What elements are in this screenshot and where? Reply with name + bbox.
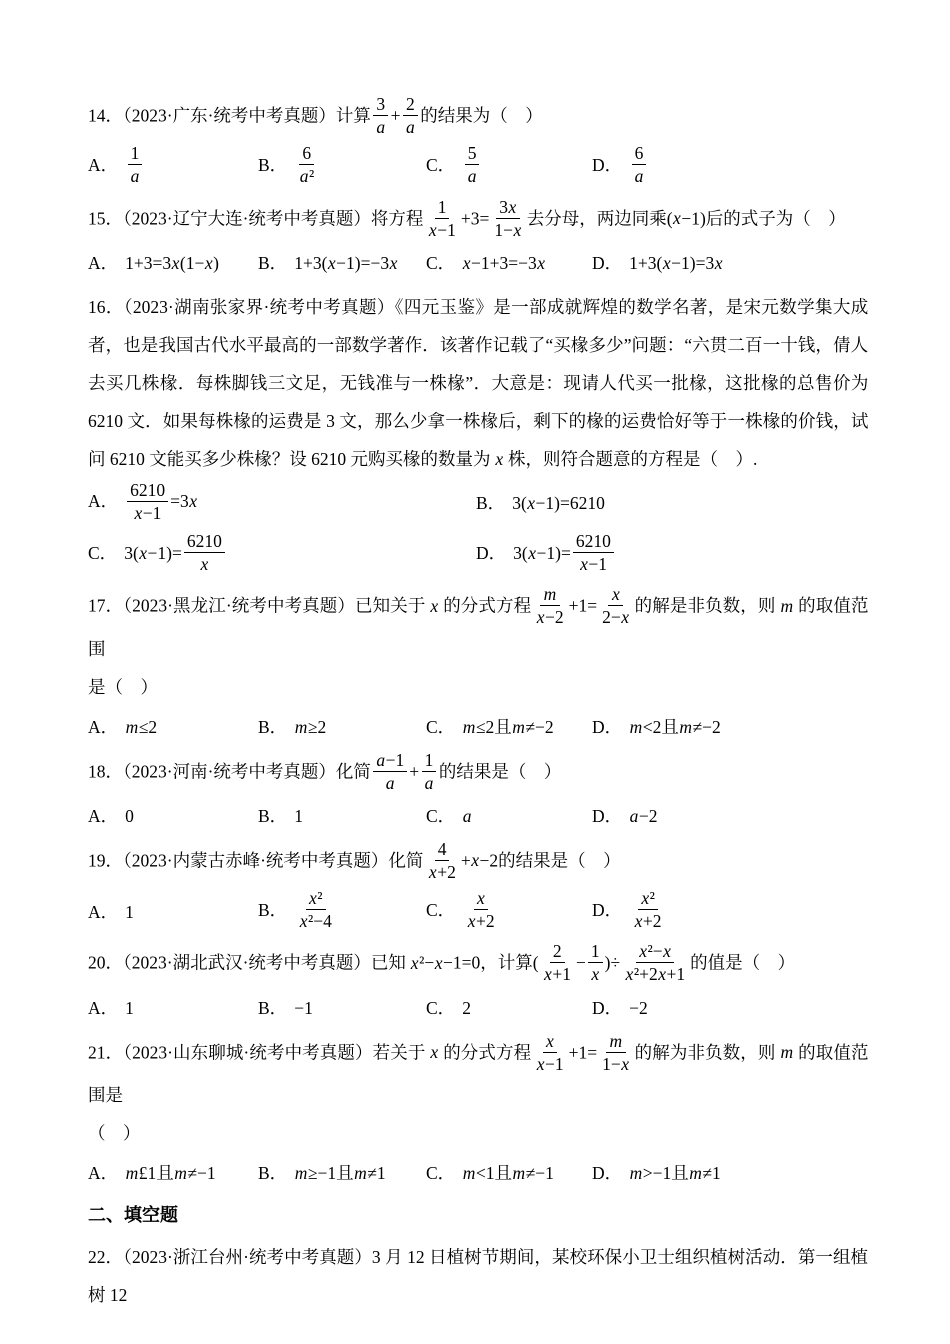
option-value: m≥−1且m≠1 (294, 1163, 385, 1183)
option-value: m>−1且m≠1 (629, 1163, 721, 1183)
question-14-option-a: A．1a (88, 145, 258, 188)
question-21: 21．（2023·山东聊城·统考中考真题）若关于 x 的分式方程xx−1+1=m… (88, 1033, 868, 1188)
question-15-option-c: C．x−1+3=−3x (426, 248, 592, 278)
option-label: B． (258, 717, 287, 737)
question-16: 16．（2023·湖南张家界·统考中考真题）《四元玉鉴》是一部成就辉煌的数学名著… (88, 288, 868, 577)
option-label: B． (476, 493, 505, 513)
option-value: 1+3=3x(1−x) (125, 253, 219, 273)
option-value: 1 (125, 998, 134, 1018)
option-label: D． (592, 717, 622, 737)
question-14-option-b: B．6a² (258, 145, 426, 188)
option-label: A． (88, 155, 118, 175)
question-21-option-d: D．m>−1且m≠1 (592, 1158, 868, 1188)
option-label: A． (88, 902, 118, 922)
option-value: 5a (462, 155, 482, 175)
question-17-option-a: A．m≤2 (88, 712, 258, 742)
question-19-option-c: C．xx+2 (426, 890, 592, 933)
question-21-options: A．m£1且m≠−1 B．m≥−1且m≠1 C．m<1且m≠−1 D．m>−1且… (88, 1158, 868, 1188)
option-value: 0 (125, 806, 134, 826)
question-18-option-a: A．0 (88, 801, 258, 831)
question-14-option-d: D．6a (592, 145, 868, 188)
question-14-option-c: C．5a (426, 145, 592, 188)
option-value: 1 (294, 806, 303, 826)
question-19-stem: 19．（2023·内蒙古赤峰·统考中考真题）化简4x+2+x−2的结果是（ ） (88, 841, 868, 884)
question-16-option-a: A．6210x−1=3x (88, 482, 476, 525)
option-value: m<2且m≠−2 (629, 717, 721, 737)
question-21-option-b: B．m≥−1且m≠1 (258, 1158, 426, 1188)
option-label: B． (258, 998, 287, 1018)
question-21-stem-line2: （ ） (88, 1114, 868, 1152)
question-22-stem: 22．（2023·浙江台州·统考中考真题）3 月 12 日植树节期间，某校环保小… (88, 1238, 868, 1314)
question-17-stem: 17．（2023·黑龙江·统考中考真题）已知关于 x 的分式方程mx−2+1=x… (88, 586, 868, 667)
option-value: 3(x−1)=6210 (512, 493, 605, 513)
option-value: xx+2 (462, 900, 499, 920)
option-value: 1a (125, 155, 145, 175)
question-17-stem-line2: 是（ ） (88, 668, 868, 706)
option-value: m≤2且m≠−2 (462, 717, 553, 737)
option-value: m≤2 (125, 717, 157, 737)
option-label: C． (426, 1163, 455, 1183)
question-20-option-c: C．2 (426, 993, 592, 1023)
question-20-stem: 20．（2023·湖北武汉·统考中考真题）已知 x²−x−1=0，计算(2x+1… (88, 943, 868, 986)
option-label: B． (258, 253, 287, 273)
option-value: 1 (125, 902, 134, 922)
question-17-option-d: D．m<2且m≠−2 (592, 712, 868, 742)
option-label: B． (258, 155, 287, 175)
option-value: −1 (294, 998, 313, 1018)
question-19-option-a: A．1 (88, 897, 258, 927)
question-15-option-a: A．1+3=3x(1−x) (88, 248, 258, 278)
option-label: C． (426, 717, 455, 737)
option-value: 3(x−1)=6210x−1 (513, 543, 616, 563)
option-value: 1+3(x−1)=−3x (294, 253, 398, 273)
question-19-option-b: B．x²x²−4 (258, 890, 426, 933)
option-value: 1+3(x−1)=3x (629, 253, 723, 273)
option-value: 6a (629, 155, 649, 175)
question-20-option-a: A．1 (88, 993, 258, 1023)
question-16-stem: 16．（2023·湖南张家界·统考中考真题）《四元玉鉴》是一部成就辉煌的数学名著… (88, 288, 868, 478)
option-value: m£1且m≠−1 (125, 1163, 216, 1183)
option-label: D． (476, 543, 506, 563)
question-17: 17．（2023·黑龙江·统考中考真题）已知关于 x 的分式方程mx−2+1=x… (88, 586, 868, 741)
question-15-stem: 15．（2023·辽宁大连·统考中考真题）将方程1x−1+3=3x1−x去分母，… (88, 199, 868, 242)
option-label: C． (88, 543, 117, 563)
option-label: C． (426, 900, 455, 920)
question-20-option-d: D．−2 (592, 993, 868, 1023)
option-value: m≥2 (294, 717, 326, 737)
question-14: 14．（2023·广东·统考中考真题）计算3a+2a的结果为（ ） A．1a B… (88, 96, 868, 189)
exam-document-page: 14．（2023·广东·统考中考真题）计算3a+2a的结果为（ ） A．1a B… (0, 0, 950, 1314)
question-19-options: A．1 B．x²x²−4 C．xx+2 D．x²x+2 (88, 890, 868, 933)
option-value: x²x+2 (629, 900, 666, 920)
option-label: C． (426, 253, 455, 273)
option-label: B． (258, 900, 287, 920)
option-label: D． (592, 900, 622, 920)
question-21-option-c: C．m<1且m≠−1 (426, 1158, 592, 1188)
option-value: m<1且m≠−1 (462, 1163, 554, 1183)
question-18-options: A．0 B．1 C．a D．a−2 (88, 801, 868, 831)
option-label: A． (88, 806, 118, 826)
option-label: A． (88, 1163, 118, 1183)
option-value: 6a² (294, 155, 319, 175)
question-21-stem: 21．（2023·山东聊城·统考中考真题）若关于 x 的分式方程xx−1+1=m… (88, 1033, 868, 1114)
question-20-options: A．1 B．−1 C．2 D．−2 (88, 993, 868, 1023)
question-16-option-b: B．3(x−1)=6210 (476, 488, 868, 518)
question-18-option-c: C．a (426, 801, 592, 831)
question-19: 19．（2023·内蒙古赤峰·统考中考真题）化简4x+2+x−2的结果是（ ） … (88, 841, 868, 934)
option-value: −2 (629, 998, 648, 1018)
question-18: 18．（2023·河南·统考中考真题）化简a−1a+1a的结果是（ ） A．0 … (88, 752, 868, 831)
question-17-options: A．m≤2 B．m≥2 C．m≤2且m≠−2 D．m<2且m≠−2 (88, 712, 868, 742)
option-label: B． (258, 1163, 287, 1183)
option-label: B． (258, 806, 287, 826)
question-22: 22．（2023·浙江台州·统考中考真题）3 月 12 日植树节期间，某校环保小… (88, 1238, 868, 1314)
question-14-stem: 14．（2023·广东·统考中考真题）计算3a+2a的结果为（ ） (88, 96, 868, 139)
option-label: D． (592, 1163, 622, 1183)
question-15: 15．（2023·辽宁大连·统考中考真题）将方程1x−1+3=3x1−x去分母，… (88, 199, 868, 278)
question-19-option-d: D．x²x+2 (592, 890, 868, 933)
question-18-option-b: B．1 (258, 801, 426, 831)
question-20: 20．（2023·湖北武汉·统考中考真题）已知 x²−x−1=0，计算(2x+1… (88, 943, 868, 1022)
option-label: C． (426, 155, 455, 175)
option-label: A． (88, 253, 118, 273)
question-17-option-b: B．m≥2 (258, 712, 426, 742)
option-label: D． (592, 253, 622, 273)
option-value: 2 (462, 998, 471, 1018)
option-label: A． (88, 491, 118, 511)
option-label: C． (426, 998, 455, 1018)
question-14-options: A．1a B．6a² C．5a D．6a (88, 145, 868, 188)
option-value: x²x²−4 (294, 900, 337, 920)
question-16-option-c: C．3(x−1)=6210x (88, 533, 476, 576)
option-label: D． (592, 806, 622, 826)
option-value: x−1+3=−3x (462, 253, 545, 273)
option-value: a−2 (629, 806, 657, 826)
section-heading-fill-in: 二、填空题 (88, 1202, 868, 1228)
option-value: 6210x−1=3x (125, 491, 197, 511)
question-15-options: A．1+3=3x(1−x) B．1+3(x−1)=−3x C．x−1+3=−3x… (88, 248, 868, 278)
question-21-option-a: A．m£1且m≠−1 (88, 1158, 258, 1188)
option-label: A． (88, 998, 118, 1018)
question-17-option-c: C．m≤2且m≠−2 (426, 712, 592, 742)
question-20-option-b: B．−1 (258, 993, 426, 1023)
option-value: a (462, 806, 472, 826)
question-15-option-d: D．1+3(x−1)=3x (592, 248, 868, 278)
question-18-stem: 18．（2023·河南·统考中考真题）化简a−1a+1a的结果是（ ） (88, 752, 868, 795)
question-15-option-b: B．1+3(x−1)=−3x (258, 248, 426, 278)
question-18-option-d: D．a−2 (592, 801, 868, 831)
option-label: D． (592, 155, 622, 175)
option-value: 3(x−1)=6210x (124, 543, 227, 563)
option-label: C． (426, 806, 455, 826)
option-label: D． (592, 998, 622, 1018)
question-16-option-d: D．3(x−1)=6210x−1 (476, 533, 868, 576)
question-16-options: A．6210x−1=3x B．3(x−1)=6210 C．3(x−1)=6210… (88, 482, 868, 577)
option-label: A． (88, 717, 118, 737)
